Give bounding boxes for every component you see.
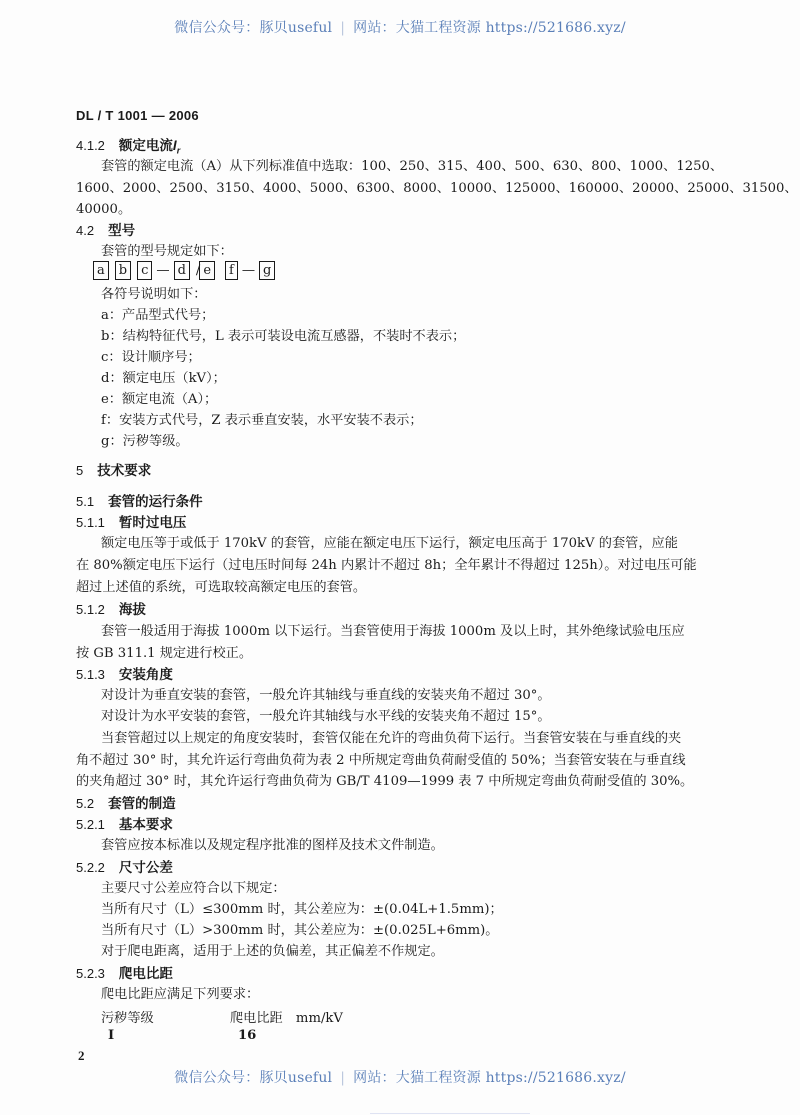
model-dash: — [156, 260, 169, 282]
document-page: DL / T 1001 — 2006 4.1.2额定电流Ir 套管的额定电流（A… [0, 0, 800, 1115]
legend-item-f: f：安装方式代号，Z 表示垂直安装，水平安装不表示； [101, 412, 423, 430]
watermark-wechat: 微信公众号：豚贝useful [174, 1070, 332, 1086]
section-heading-5-2-1: 5.2.1基本要求 [76, 816, 173, 834]
section-title: 暂时过电压 [119, 515, 187, 530]
paragraph-line: 对设计为水平安装的套管，一般允许其轴线与水平线的安装夹角不超过 15°。 [101, 708, 551, 726]
section-heading-5-1-3: 5.1.3安装角度 [76, 666, 173, 684]
table-cell-level: Ⅰ [108, 1028, 114, 1043]
model-box-e: e [199, 261, 215, 280]
legend-item-e: e：额定电流（A）； [101, 391, 217, 409]
document-id: DL / T 1001 — 2006 [76, 107, 199, 125]
paragraph-line: 40000。 [76, 201, 131, 219]
paragraph-line: 套管的额定电流（A）从下列标准值中选取：100、250、315、400、500、… [101, 158, 723, 176]
section-number: 5.2.3 [76, 965, 105, 983]
paragraph-line: 对设计为垂直安装的套管，一般允许其轴线与垂直线的安装夹角不超过 30°。 [101, 687, 551, 705]
section-heading-5-2-2: 5.2.2尺寸公差 [76, 859, 173, 877]
section-heading-5-1: 5.1套管的运行条件 [76, 493, 203, 511]
paragraph-line: 各符号说明如下： [101, 286, 207, 304]
section-number: 5.2 [76, 795, 94, 813]
legend-item-d: d：额定电压（kV）； [101, 370, 226, 388]
section-number: 5 [76, 462, 83, 480]
paragraph-line: 当套管超过以上规定的角度安装时，套管仅能在允许的弯曲负荷下运行。当套管安装在与垂… [101, 730, 681, 748]
legend-item-a: a：产品型式代号； [101, 307, 214, 325]
model-box-f: f [225, 261, 238, 280]
model-box-c: c [137, 261, 152, 280]
section-title: 海拔 [119, 602, 146, 617]
section-title: 基本要求 [119, 817, 173, 832]
section-title: 安装角度 [119, 667, 173, 682]
section-number: 4.1.2 [76, 137, 105, 155]
paragraph-line: 主要尺寸公差应符合以下规定： [101, 880, 286, 898]
paragraph-line: 角不超过 30° 时，其允许运行弯曲负荷为表 2 中所规定弯曲负荷耐受值的 50… [76, 752, 686, 770]
section-title: 技术要求 [97, 463, 151, 478]
model-dash: — [242, 260, 255, 282]
paragraph-line: 超过上述值的系统，可选取较高额定电压的套管。 [76, 579, 366, 597]
paragraph-line: 1600、2000、2500、3150、4000、5000、6300、8000、… [76, 180, 798, 198]
section-title: 额定电流 [119, 138, 173, 153]
paragraph-line: 当所有尺寸（L）>300mm 时，其公差应为：±(0.025L+6mm)。 [101, 922, 498, 940]
model-box-g: g [259, 261, 275, 280]
watermark-site: 网站：大猫工程资源 https://521686.xyz/ [353, 1070, 626, 1086]
scroll-indicator [370, 1113, 530, 1114]
paragraph-line: 在 80%额定电压下运行（过电压时间每 24h 内累计不超过 8h；全年累计不得… [76, 557, 697, 575]
section-heading-4-2: 4.2型号 [76, 222, 135, 240]
model-box-a: a [93, 261, 109, 280]
table-header-creepage-distance: 爬电比距 mm/kV [230, 1007, 343, 1026]
watermark-separator: | [340, 1070, 345, 1086]
section-title: 尺寸公差 [119, 860, 173, 875]
section-title: 套管的运行条件 [108, 494, 203, 509]
paragraph-line: 套管一般适用于海拔 1000m 以下运行。当套管使用于海拔 1000m 及以上时… [101, 623, 685, 641]
section-heading-5-2-3: 5.2.3爬电比距 [76, 965, 173, 983]
section-number: 4.2 [76, 222, 94, 240]
table-cell-value: 16 [238, 1028, 256, 1043]
model-designation-diagram: abc—d/ef—g [93, 260, 281, 282]
section-heading-5: 5技术要求 [76, 462, 151, 480]
model-box-b: b [115, 261, 131, 280]
legend-item-c: c：设计顺序号； [101, 349, 201, 367]
model-box-d: d [174, 261, 190, 280]
legend-item-g: g：污秽等级。 [101, 433, 189, 451]
paragraph-line: 按 GB 311.1 规定进行校正。 [76, 645, 252, 663]
section-title: 套管的制造 [108, 796, 176, 811]
section-number: 5.2.2 [76, 859, 105, 877]
section-title: 型号 [108, 223, 135, 238]
paragraph-line: 套管应按本标准以及规定程序批准的图样及技术文件制造。 [101, 837, 444, 855]
table-header-pollution-level: 污秽等级 [101, 1007, 154, 1026]
paragraph-line: 对于爬电距离，适用于上述的负偏差，其正偏差不作规定。 [101, 943, 444, 961]
page-number: 2 [78, 1048, 85, 1064]
paragraph-line: 爬电比距应满足下列要求： [101, 986, 259, 1004]
section-number: 5.1.3 [76, 666, 105, 684]
section-number: 5.1 [76, 493, 94, 511]
section-heading-5-2: 5.2套管的制造 [76, 795, 176, 813]
paragraph-line: 当所有尺寸（L）≤300mm 时，其公差应为：±(0.04L+1.5mm)； [101, 901, 503, 919]
section-number: 5.1.1 [76, 514, 105, 532]
rated-current-subscript: r [177, 146, 181, 156]
paragraph-line: 的夹角超过 30° 时，其允许运行弯曲负荷为 GB/T 4109—1999 表 … [76, 773, 693, 791]
legend-item-b: b：结构特征代号，L 表示可装设电流互感器，不装时不表示； [101, 328, 465, 346]
paragraph-line: 套管的型号规定如下： [101, 243, 233, 261]
section-heading-5-1-1: 5.1.1暂时过电压 [76, 514, 186, 532]
section-heading-5-1-2: 5.1.2海拔 [76, 601, 146, 619]
section-number: 5.2.1 [76, 816, 105, 834]
paragraph-line: 额定电压等于或低于 170kV 的套管，应能在额定电压下运行，额定电压高于 17… [101, 535, 678, 553]
section-number: 5.1.2 [76, 601, 105, 619]
watermark-bottom: 微信公众号：豚贝useful|网站：大猫工程资源 https://521686.… [0, 1067, 800, 1087]
section-heading-4-1-2: 4.1.2额定电流Ir [76, 137, 180, 160]
section-title: 爬电比距 [119, 966, 173, 981]
